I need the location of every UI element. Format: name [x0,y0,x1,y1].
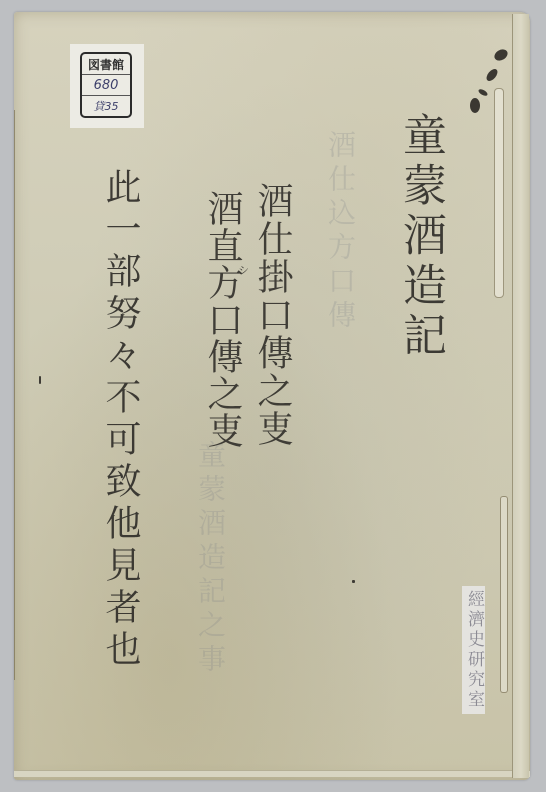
reading-annotation: シ [238,262,249,278]
class-mark: 貸35 [82,96,130,116]
subtitle-1: 酒仕掛口傳之叓 [254,182,290,448]
library-heading: 図書館 [82,54,130,75]
binding-thread-bottom [500,496,508,693]
ink-speck [352,580,355,583]
library-stamp: 図書館 680 貸35 [80,52,132,118]
inscription: 此一部努々不可致他見者也 [102,168,138,672]
document-title: 童蒙酒造記 [398,112,442,362]
binding-thread-top [494,88,504,298]
department-name: 經濟史研究室 [465,590,482,714]
bleed-through-text: 童蒙酒造記之事 [190,440,230,678]
binding-spine [512,14,529,778]
call-number: 680 [82,75,130,96]
library-label: 図書館 680 貸35 [70,44,144,128]
bleed-through-text: 酒仕込方口傳 [320,130,360,334]
left-fold-line [14,110,20,680]
department-label: 經濟史研究室 [462,586,485,714]
subtitle-2: 酒直方口傳之叓 [204,190,240,449]
ink-smudge [470,98,480,113]
bottom-fold-edge [14,770,530,777]
ink-speck [39,376,41,384]
